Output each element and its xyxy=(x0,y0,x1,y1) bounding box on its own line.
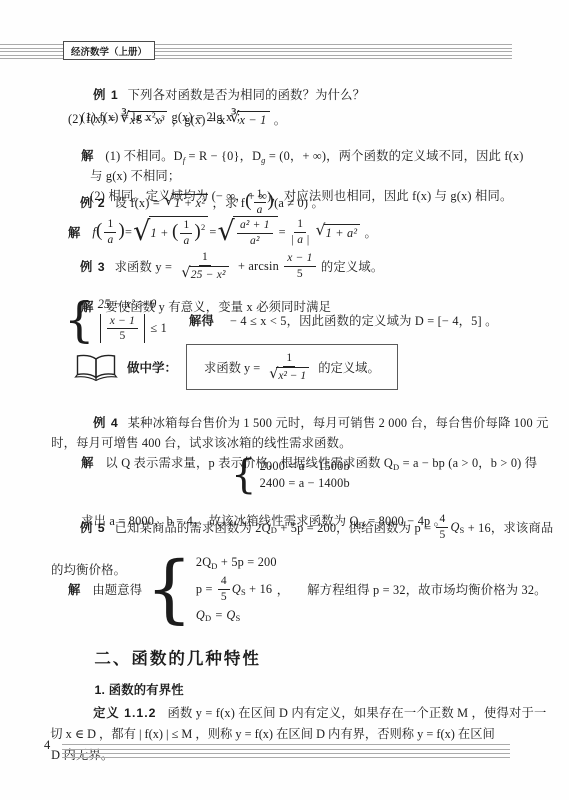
text: D 内无界。 xyxy=(51,748,113,762)
solution-label: 解 xyxy=(68,580,81,598)
cube-root: x⁴ − x³ xyxy=(120,111,167,128)
learn-by-doing-strip: 做中学： 求函数 y = 1x² − 1 的定义域。 xyxy=(74,344,398,390)
text: + 16，求该商品 xyxy=(464,518,553,536)
fraction: x − 15 xyxy=(107,314,138,344)
section-heading-text: 二、函数的几种特性 xyxy=(94,650,261,668)
fraction: 125 − x² xyxy=(177,250,232,282)
numerator: 4 xyxy=(218,574,230,589)
numerator: 1 xyxy=(283,351,295,366)
subscript: f xyxy=(183,155,186,165)
text: = Q xyxy=(211,608,235,623)
ex1-item2-end: 。 xyxy=(271,110,287,128)
denominator: | a | xyxy=(288,233,313,247)
denominator: 5 xyxy=(218,590,230,604)
equation: 2000 = a − 1500b xyxy=(260,459,350,474)
equation: 2400 = a − 1400b xyxy=(260,476,350,491)
text: Q xyxy=(232,582,241,597)
denominator: 5 xyxy=(116,329,128,343)
text: 切 x ∈ D ，都有 | f(x) | ≤ M ，则称 y = f(x) 在区… xyxy=(50,727,495,741)
denominator: 25 − x² xyxy=(177,266,232,282)
footer-rule xyxy=(62,753,510,754)
system-rows: 2000 = a − 1500b 2400 = a − 1400b xyxy=(260,459,350,491)
solve-text: 解方程组得 p = 32，故市场均衡价格为 32。 xyxy=(307,580,546,598)
book-title: 经济数学（上册） xyxy=(71,44,147,58)
text: (a ≠ 0) 。 xyxy=(274,193,324,211)
ex5-line1: 例 5 已知某商品的需求函数为 2Q D + 5p = 200，供给函数为 p … xyxy=(80,512,553,542)
solve-text: − 4 ≤ x < 5，因此函数的定义域为 D = [− 4，5] 。 xyxy=(230,311,498,329)
square-root: x² − 1 xyxy=(269,367,309,383)
subscript: S xyxy=(241,587,246,597)
text: 求函数 y = xyxy=(204,358,263,376)
ex1-item2-pre: (2) f(x) = xyxy=(68,112,119,127)
square-root: 1 + a² xyxy=(316,224,361,241)
text: 的定义域。 xyxy=(315,358,380,376)
subscript: S xyxy=(460,525,465,535)
subscript: D xyxy=(271,525,277,535)
text: + 16 xyxy=(246,582,272,597)
subscript: D xyxy=(211,561,217,571)
denominator: 5 xyxy=(294,267,306,281)
denominator: a xyxy=(104,233,116,247)
text: + arcsin xyxy=(235,259,283,274)
text: 的定义域。 xyxy=(318,257,384,275)
text: 求函数 y = xyxy=(115,257,176,275)
ex3-label: 例 3 xyxy=(80,257,106,275)
text: + 5p = 200，供给函数为 p = xyxy=(277,518,434,536)
solution-label: 解 xyxy=(81,456,94,470)
subscript: S xyxy=(235,613,240,623)
fraction: 1x² − 1 xyxy=(265,351,313,383)
radicand: x² − 1 xyxy=(276,367,309,383)
text: 2Q xyxy=(196,555,211,570)
system-brace: 2QD + 5p = 200 p = 45QS + 16 QD = QS xyxy=(146,552,277,626)
text: ，求 f xyxy=(209,193,245,211)
denominator: x² − 1 xyxy=(265,367,313,383)
text: 已知某商品的需求函数为 2Q xyxy=(115,518,271,536)
learn-by-doing-box: 求函数 y = 1x² − 1 的定义域。 xyxy=(186,344,398,390)
equals: = xyxy=(279,225,286,240)
cube-root: x − 1 xyxy=(230,111,270,128)
denominator: a xyxy=(180,234,192,248)
absolute-value: x − 15 xyxy=(100,314,145,344)
footer-rule xyxy=(62,749,510,750)
text: Q xyxy=(450,520,459,535)
square-root: 1 + 1a2 xyxy=(133,216,208,248)
radicand: 1 + x² xyxy=(172,194,208,211)
fraction: 1a xyxy=(254,187,266,217)
denominator: 5 xyxy=(436,528,448,542)
equals: = xyxy=(209,225,216,240)
numerator: a² + 1 xyxy=(237,218,273,233)
equation: 25 − x² > 0 xyxy=(98,297,157,312)
learn-by-doing-label: 做中学： xyxy=(127,358,177,376)
radicand: x⁴ − x³ xyxy=(128,111,168,128)
square-root: 1 + x² xyxy=(164,194,208,211)
superscript: 2 xyxy=(201,222,205,232)
text: + 5p = 200 xyxy=(218,555,277,570)
ex1-item2: (2) f(x) = x⁴ − x³ ，g(x) = x x − 1 。 xyxy=(68,108,286,130)
text: Q xyxy=(196,608,205,623)
fraction: 45 xyxy=(436,512,448,542)
fraction: 45 xyxy=(218,574,230,604)
ex1-item2-mid: ，g(x) = x xyxy=(168,110,228,128)
radicand: x − 1 xyxy=(237,111,269,128)
subscript: g xyxy=(261,155,265,165)
text: 设 f(x) = xyxy=(115,193,164,211)
fraction: 1a xyxy=(104,217,116,247)
text: 1 + xyxy=(151,226,172,241)
page-number: 4 xyxy=(44,738,50,753)
equation: x − 15 ≤ 1 xyxy=(98,314,167,344)
system-brace: 25 − x² > 0 x − 15 ≤ 1 xyxy=(64,296,167,344)
text: = a − bp (a > 0，b > 0) 得 xyxy=(399,456,537,470)
text: = R − {0}，D xyxy=(185,149,261,163)
numerator: 1 xyxy=(180,218,192,233)
ex3-heading: 例 3 求函数 y = 125 − x² + arcsin x − 15 的定义… xyxy=(80,248,383,284)
comma: ， xyxy=(277,580,290,598)
fraction: 1| a | xyxy=(288,217,313,247)
text: = (0，+ ∞)，两个函数的定义域不同，因此 f(x) xyxy=(266,149,524,163)
ex5-solution: 解 由题意得 2QD + 5p = 200 p = 45QS + 16 QD =… xyxy=(68,558,547,620)
equation: 2QD + 5p = 200 xyxy=(196,555,277,570)
equation: p = 45QS + 16 xyxy=(196,574,272,604)
fraction: 1a xyxy=(180,218,192,248)
numerator: x − 1 xyxy=(107,314,138,329)
equation: QD = QS xyxy=(196,608,241,623)
ex3-system-line: 25 − x² > 0 x − 15 ≤ 1 解得 − 4 ≤ x < 5，因此… xyxy=(64,296,498,344)
numerator: 1 xyxy=(104,217,116,232)
radicand: 1 + a² xyxy=(324,224,361,241)
ex2-solution: 解 f 1a = 1 + 1a2 = a² + 1a² = 1| a | 1 +… xyxy=(68,214,377,250)
text: 。 xyxy=(361,223,377,241)
denominator: a² xyxy=(247,234,263,248)
numerator: x − 1 xyxy=(284,251,315,266)
footer-rule xyxy=(62,744,510,745)
radicand: a² + 1a² xyxy=(233,216,278,248)
square-root: a² + 1a² xyxy=(218,216,278,248)
ex5-label: 例 5 xyxy=(80,518,106,536)
open-book-icon xyxy=(74,352,118,383)
text: 由题意得 xyxy=(92,580,145,598)
radicand: 25 − x² xyxy=(189,266,229,282)
subscript: D xyxy=(205,613,211,623)
numerator: 1 xyxy=(254,187,266,202)
solution-label: 解 xyxy=(68,223,81,241)
numerator: 4 xyxy=(436,512,448,527)
running-head-box: 经济数学（上册） xyxy=(63,41,155,60)
system-rows: 2QD + 5p = 200 p = 45QS + 16 QD = QS xyxy=(196,555,277,623)
system-brace: 2000 = a − 1500b 2400 = a − 1400b xyxy=(231,455,350,495)
text: p = xyxy=(196,582,216,597)
fraction: a² + 1a² xyxy=(237,218,273,248)
solve-label: 解得 xyxy=(189,311,214,329)
comparison: ≤ 1 xyxy=(147,321,167,336)
numerator: 1 xyxy=(199,250,211,265)
equals: = xyxy=(125,225,132,240)
square-root: 25 − x² xyxy=(181,266,228,282)
book-page: 经济数学（上册） 例 1下列各对函数是否为相同的函数？为什么？ (1) f(x)… xyxy=(0,0,569,800)
ex4-system: 2000 = a − 1500b 2400 = a − 1400b xyxy=(231,455,350,495)
numerator: 1 xyxy=(294,217,306,232)
fraction: x − 15 xyxy=(284,251,315,281)
radicand: 1 + 1a2 xyxy=(149,216,209,248)
ex2-label: 例 2 xyxy=(80,193,106,211)
system-rows: 25 − x² > 0 x − 15 ≤ 1 xyxy=(98,297,167,344)
footer-rule xyxy=(62,757,510,758)
subscript: D xyxy=(393,462,399,472)
